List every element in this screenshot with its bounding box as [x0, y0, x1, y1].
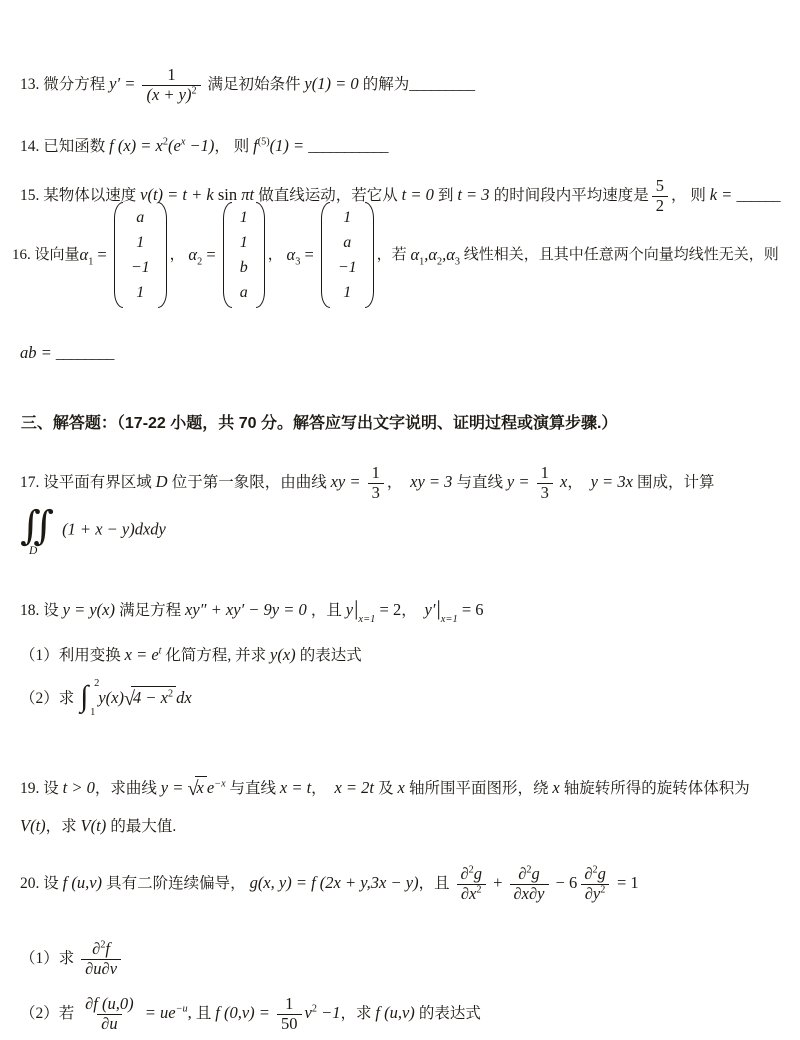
- part-label: （2）求: [20, 690, 78, 707]
- integral-sign: ∫: [80, 680, 88, 713]
- math-run: = ue: [141, 1003, 176, 1022]
- question-14: 14. 已知函数 f (x) = x2(ex −1)， 则 f(5)(1) = …: [12, 113, 792, 158]
- function-g: g: [598, 864, 606, 883]
- vector-entry: a: [343, 231, 351, 255]
- function-g: g: [474, 864, 482, 883]
- partial-fraction: ∂f (u,0)∂u: [81, 995, 137, 1034]
- vector-entry: 1: [240, 206, 248, 230]
- fraction-denominator: ∂x2: [457, 884, 486, 904]
- fraction-numerator: 1: [163, 66, 179, 85]
- q18-part2: （2）求 ∫21y(x)√4 − x2dx: [12, 658, 792, 718]
- exam-page: { "page": {"background": "#ffffff", "ink…: [0, 0, 800, 1040]
- fraction-denominator: ∂u: [97, 1014, 121, 1034]
- math-run: y′: [425, 600, 436, 619]
- answer-blank: ________: [56, 345, 114, 362]
- q20-text: ，且: [419, 875, 454, 892]
- q20-part1: （1）求 ∂2f∂u∂v: [12, 918, 792, 979]
- vector-entry: 1: [240, 231, 248, 255]
- exponent: 2: [600, 884, 605, 895]
- math-run: f (x) = x: [109, 136, 163, 155]
- math-run: y: [346, 600, 353, 619]
- vector-alpha2: 11ba: [223, 202, 265, 308]
- alpha-symbol: α: [410, 245, 419, 264]
- sin-function: sin: [218, 185, 237, 204]
- paren-left: [114, 202, 123, 308]
- math-run: (e: [168, 136, 181, 155]
- q20-math: g(x, y) = f (2x + y,3x − y): [250, 873, 419, 892]
- math-run: y(x): [98, 688, 124, 707]
- answer-blank: _________: [409, 76, 474, 93]
- vector-entries: a1−11: [126, 202, 155, 308]
- q16-text: 设向量: [35, 245, 80, 265]
- math-run: = 2: [375, 600, 401, 619]
- upper-limit: 2: [94, 677, 99, 691]
- q19-text: ，求: [46, 818, 81, 835]
- vector-entries: 1a−11: [333, 202, 362, 308]
- q19-text: 的最大值.: [110, 818, 176, 835]
- q18-equation: xy″ + xy′ − 9y = 0: [185, 600, 311, 619]
- fraction-denominator: 50: [277, 1014, 302, 1034]
- q13-number: 13.: [20, 76, 43, 93]
- equals: =: [93, 245, 111, 264]
- q19-math: V(t): [81, 816, 111, 835]
- q15-math: k =: [710, 185, 737, 204]
- q18-number: 18.: [20, 602, 43, 619]
- q17-integrand: (1 + x − y)dxdy: [62, 519, 166, 538]
- fraction: 1(x + y)2: [142, 66, 200, 105]
- q14-number: 14.: [20, 138, 43, 155]
- denominator-exponent: 2: [192, 85, 197, 96]
- question-16: 16. 设向量α1 = a1−11， α2 = 11ba， α3 = 1a−11…: [12, 202, 792, 308]
- fraction-numerator: 1: [537, 464, 553, 483]
- math-run: 4 − x: [133, 688, 168, 707]
- q20-text: 且: [196, 1005, 215, 1022]
- q16-number: 16.: [12, 245, 35, 265]
- operator: − 6: [552, 873, 578, 892]
- operator: +: [489, 873, 507, 892]
- alpha2-label: α2 =: [188, 244, 219, 266]
- q18-text: ，且: [311, 602, 346, 619]
- q20-part2: （2）若 ∂f (u,0)∂u = ue−u, 且 f (0,v) = 150v…: [12, 973, 792, 1034]
- paren-left: [223, 202, 232, 308]
- equals: =: [202, 245, 220, 264]
- vector-entry: a: [240, 281, 248, 305]
- math-run: −1): [185, 136, 214, 155]
- math-run: v: [305, 1003, 312, 1022]
- partial-var: ∂y: [585, 884, 600, 903]
- vector-alpha3: 1a−11: [321, 202, 374, 308]
- integral-domain: D: [29, 544, 37, 560]
- partial-var: ∂x: [461, 884, 476, 903]
- exponent: 2: [476, 884, 481, 895]
- paren-right: [365, 202, 374, 308]
- q14-text: ， 则: [214, 138, 253, 155]
- alpha-symbol: α: [80, 245, 89, 264]
- math-run: −1: [317, 1003, 341, 1022]
- q18-text: 设: [43, 602, 62, 619]
- q20-text: 的表达式: [419, 1005, 481, 1022]
- fraction-numerator: ∂2g: [456, 865, 486, 884]
- alpha-list: α1,α2,α3: [410, 244, 460, 266]
- fraction-numerator: ∂2g: [514, 865, 544, 884]
- q14-math: f(5)(1) =: [253, 136, 308, 155]
- double-integral-sign: ∬: [20, 503, 54, 548]
- q17-integral-line: ∬D(1 + x − y)dxdy: [12, 484, 792, 556]
- alpha3-label: α3 =: [287, 244, 318, 266]
- math-run: πt: [237, 185, 258, 204]
- q18-condition: y′|x=1 = 6: [425, 600, 484, 619]
- math-run: dx: [176, 688, 192, 707]
- double-integral: ∬D: [20, 506, 54, 556]
- vector-entry: −1: [131, 256, 150, 280]
- q20-text: 具有二阶连续偏导，: [106, 875, 249, 892]
- question-13: 13. 微分方程 y′ = 1(x + y)2 满足初始条件 y(1) = 0 …: [12, 44, 792, 105]
- alpha-symbol: ,α: [442, 245, 455, 264]
- function-f: f: [105, 939, 110, 958]
- fraction-denominator: ∂y2: [581, 884, 610, 904]
- q20-math: f (u,v): [375, 1003, 419, 1022]
- section-title: 三、解答题：（17-22 小题，共 70 分。解答应写出文字说明、证明过程或演算…: [21, 415, 618, 432]
- fraction-numerator: 1: [281, 995, 297, 1014]
- q18-condition: y|x=1 = 2: [346, 600, 401, 619]
- q18-math: y = y(x): [63, 600, 119, 619]
- paren-right: [158, 202, 167, 308]
- alpha-symbol: α: [287, 245, 296, 264]
- q15-math: t = 3: [457, 185, 493, 204]
- function-g: g: [532, 864, 540, 883]
- q20-math: v2 −1: [305, 1003, 341, 1022]
- alpha-symbol: α: [188, 245, 197, 264]
- separator: ，: [268, 245, 287, 265]
- fraction-numerator: 5: [652, 177, 668, 196]
- comma: ,: [188, 1003, 196, 1022]
- partial-symbol: ∂: [460, 864, 468, 883]
- q20-text: 设: [43, 875, 62, 892]
- q13-text: 微分方程: [43, 76, 109, 93]
- math-run: v(t) = t + k: [140, 185, 218, 204]
- partial-fraction: ∂2g∂y2: [580, 865, 610, 904]
- integral: ∫21: [78, 680, 98, 719]
- partial-fraction: ∂2g∂x∂y: [510, 865, 549, 904]
- vector-entry: a: [136, 206, 144, 230]
- math-run: (1) =: [270, 136, 309, 155]
- question-20: 20. 设 f (u,v) 具有二阶连续偏导， g(x, y) = f (2x …: [12, 843, 792, 904]
- separator: ，: [401, 602, 424, 619]
- q18-integrand: y(x)√4 − x2dx: [98, 688, 191, 707]
- alpha-symbol: ,α: [424, 245, 437, 264]
- q15-math: v(t) = t + k sin πt: [140, 185, 258, 204]
- section-header: 三、解答题：（17-22 小题，共 70 分。解答应写出文字说明、证明过程或演算…: [12, 391, 792, 434]
- vector-entry: 1: [136, 281, 144, 305]
- paren-right: [256, 202, 265, 308]
- q16-ab: ab =: [20, 343, 56, 362]
- vector-entry: 1: [343, 206, 351, 230]
- vector-alpha1: a1−11: [114, 202, 167, 308]
- vector-entry: b: [240, 256, 248, 280]
- lower-limit: 1: [90, 706, 95, 720]
- exponent: −x: [214, 778, 225, 789]
- q16-text: 线性相关，且其中任意两个向量均线性无关，则: [460, 245, 779, 265]
- denominator-base: (x + y): [146, 85, 191, 104]
- q18-text: 满足方程: [119, 602, 185, 619]
- fraction: 150: [277, 995, 302, 1034]
- fraction-numerator: ∂2g: [580, 865, 610, 884]
- equals: =: [300, 245, 318, 264]
- q13-condition: y(1) = 0: [304, 74, 362, 93]
- q20-math: = ue−u,: [141, 1003, 196, 1022]
- vector-entry: −1: [338, 256, 357, 280]
- vector-entry: 1: [136, 231, 144, 255]
- part-label: （1）求: [20, 950, 78, 967]
- exponent: −u: [176, 1003, 188, 1014]
- q19-math: V(t): [20, 816, 46, 835]
- partial-fraction: ∂2g∂x2: [456, 865, 486, 904]
- q20-math: f (u,v): [63, 873, 107, 892]
- q16-text: ，若: [377, 245, 411, 265]
- partial-var: ∂x∂y: [514, 884, 545, 903]
- question-18: 18. 设 y = y(x) 满足方程 xy″ + xy′ − 9y = 0 ，…: [12, 572, 792, 627]
- derivative-order: (5): [258, 136, 270, 147]
- q20-number: 20.: [20, 875, 43, 892]
- math-run: = 6: [458, 600, 484, 619]
- answer-blank: ___________: [308, 138, 388, 155]
- vector-entries: 11ba: [235, 202, 253, 308]
- fraction-numerator: ∂f (u,0): [81, 995, 137, 1014]
- part-label: （2）若: [20, 1005, 78, 1022]
- q20-math: f (0,v) =: [215, 1003, 274, 1022]
- q13-math: y′ =: [109, 74, 139, 93]
- paren-left: [321, 202, 330, 308]
- q15-math: t = 0: [402, 185, 438, 204]
- q13-text: 满足初始条件: [204, 76, 305, 93]
- q13-text: 的解为: [363, 76, 410, 93]
- fraction-numerator: 1: [368, 464, 384, 483]
- q14-math: f (x) = x2(ex −1): [109, 136, 214, 155]
- equals-one: = 1: [613, 873, 639, 892]
- fraction-numerator: ∂2f: [88, 940, 114, 959]
- q19-line2: V(t)，求 V(t) 的最大值.: [12, 793, 792, 838]
- fraction-denominator: ∂x∂y: [510, 884, 549, 904]
- exponent: 2: [168, 688, 173, 699]
- alpha1-label: α1 =: [80, 244, 111, 266]
- q14-text: 已知函数: [43, 138, 109, 155]
- fraction-denominator: (x + y)2: [142, 85, 200, 105]
- vector-entry: 1: [343, 281, 351, 305]
- q16-answer-line: ab = ________: [12, 320, 792, 365]
- separator: ，: [170, 245, 189, 265]
- radicand: 4 − x2: [131, 686, 176, 707]
- q20-text: ，求: [340, 1005, 375, 1022]
